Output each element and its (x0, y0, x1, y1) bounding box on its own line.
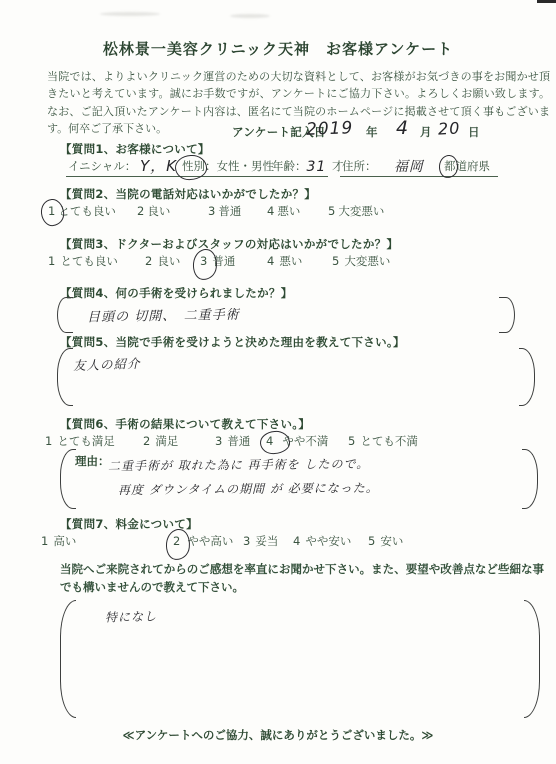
q1-address-label: 住所： (342, 159, 377, 173)
scan-smudge (230, 14, 270, 18)
q1-address-value: 福岡 (394, 159, 424, 175)
q1-prefecture-circled: 県 (479, 159, 491, 173)
feedback-answer-box: 特になし (60, 600, 540, 718)
q1-gender-female-circled: 女性 (217, 159, 240, 173)
q7-heading: 【質問7、料金について】 (60, 516, 198, 532)
q6-selected-circle: 4 (266, 434, 273, 448)
date-month-value: 4 (396, 117, 409, 139)
q2-option-1: 1とても良い (48, 203, 116, 219)
q4-answer-box: 目頭の 切開、 二重手術 (57, 297, 515, 333)
page-title: 松林景一美容クリニック天神 お客様アンケート (0, 38, 556, 59)
q7-option-4: 4やや安い (293, 533, 351, 549)
q1-age-field: 年齢：31 才 (270, 158, 343, 177)
q5-answer-box: 友人の紹介 (57, 348, 535, 406)
q6-reason-line1: 二重手術が 取れた為に 再手術を したので。 (108, 455, 369, 474)
q6-option-5: 5とても不満 (348, 433, 418, 449)
q3-option-5: 5大変悪い (332, 253, 390, 269)
date-year-value: 2019 (306, 118, 354, 140)
q1-address-field: 住所： 福岡 (340, 158, 458, 177)
q1-answer-line: イニシャル： Y，K 性別：女性・男性 年齢：31 才 住所： 福岡 都道府県 (0, 153, 556, 179)
date-day-unit: 日 (468, 124, 480, 140)
date-month-unit: 月 (420, 124, 432, 140)
q2-option-4: 4悪い (267, 203, 300, 219)
q3-selected-circle: 3 (200, 254, 207, 268)
feedback-prompt: 当院へご来院されてからのご感想を率直にお聞かせ下さい。また、要望や改善点など些細… (60, 560, 544, 596)
q2-heading: 【質問2、当院の電話対応はいかがでしたか？】 (60, 186, 316, 202)
q7-option-2: 2やや高い (173, 533, 233, 549)
date-day-value: 20 (438, 118, 461, 138)
q6-reason-line2: 再度 ダウンタイムの期間 が 必要になった。 (118, 479, 379, 498)
q6-reason-label: 理由： (75, 453, 110, 469)
scan-artifact-mark (537, 0, 556, 3)
q1-age-value: 31 (307, 159, 327, 175)
q6-option-2: 2満足 (143, 433, 178, 449)
q1-gender-separator: ・ (240, 159, 252, 173)
scan-smudge (100, 12, 160, 16)
q6-option-3: 3普通 (215, 433, 250, 449)
q6-heading: 【質問6、手術の結果について教えて下さい。】 (60, 416, 310, 432)
q1-initial-label: イニシャル： (68, 159, 136, 173)
q6-option-4: 4やや不満 (266, 433, 328, 449)
q3-options-row: 1とても良い 2良い 3普通 4悪い 5大変悪い (0, 253, 556, 273)
q7-option-5: 5安い (368, 533, 403, 549)
q7-option-1: 1高い (41, 533, 76, 549)
q2-option-3: 3普通 (208, 203, 241, 219)
q2-options-row: 1とても良い 2良い 3普通 4悪い 5大変悪い (0, 203, 556, 223)
q3-heading: 【質問3、ドクターおよびスタッフの対応はいかがでしたか？】 (60, 236, 398, 252)
q1-gender-label: 性別： (182, 159, 217, 173)
q6-option-1: 1とても満足 (45, 433, 115, 449)
q3-option-1: 1とても良い (48, 253, 118, 269)
q7-selected-circle: 2 (173, 534, 180, 548)
q5-answer-handwriting: 友人の紹介 (73, 354, 141, 374)
q1-age-label: 年齢： (272, 159, 307, 173)
q1-gender-field: 性別：女性・男性 (180, 158, 279, 177)
q1-prefecture-text: 都道府 (444, 159, 479, 173)
q2-option-2: 2良い (137, 203, 170, 219)
q2-option-5: 5大変悪い (328, 203, 384, 219)
q1-address-suffix: 都道府県 (442, 158, 498, 177)
q4-answer-handwriting: 目頭の 切開、 二重手術 (87, 304, 240, 326)
q7-option-3: 3妥当 (243, 533, 278, 549)
q2-selected-circle: 1 (48, 204, 55, 218)
q3-option-2: 2良い (145, 253, 180, 269)
date-year-unit: 年 (366, 124, 378, 140)
feedback-answer-handwriting: 特になし (105, 607, 157, 625)
q3-option-3: 3普通 (200, 253, 235, 269)
q6-reason-box: 理由： 二重手術が 取れた為に 再手術を したので。 再度 ダウンタイムの期間 … (60, 449, 538, 509)
survey-scan-page: 松林景一美容クリニック天神 お客様アンケート 当院では、よりよいクリニック運営の… (0, 0, 556, 764)
footer-thanks: ≪アンケートへのご協力、誠にありがとうございました。≫ (0, 727, 556, 743)
q3-option-4: 4悪い (267, 253, 302, 269)
q1-initial-value: Y，K (140, 157, 177, 175)
q7-options-row: 1高い 2やや高い 3妥当 4やや安い 5安い (0, 533, 556, 553)
